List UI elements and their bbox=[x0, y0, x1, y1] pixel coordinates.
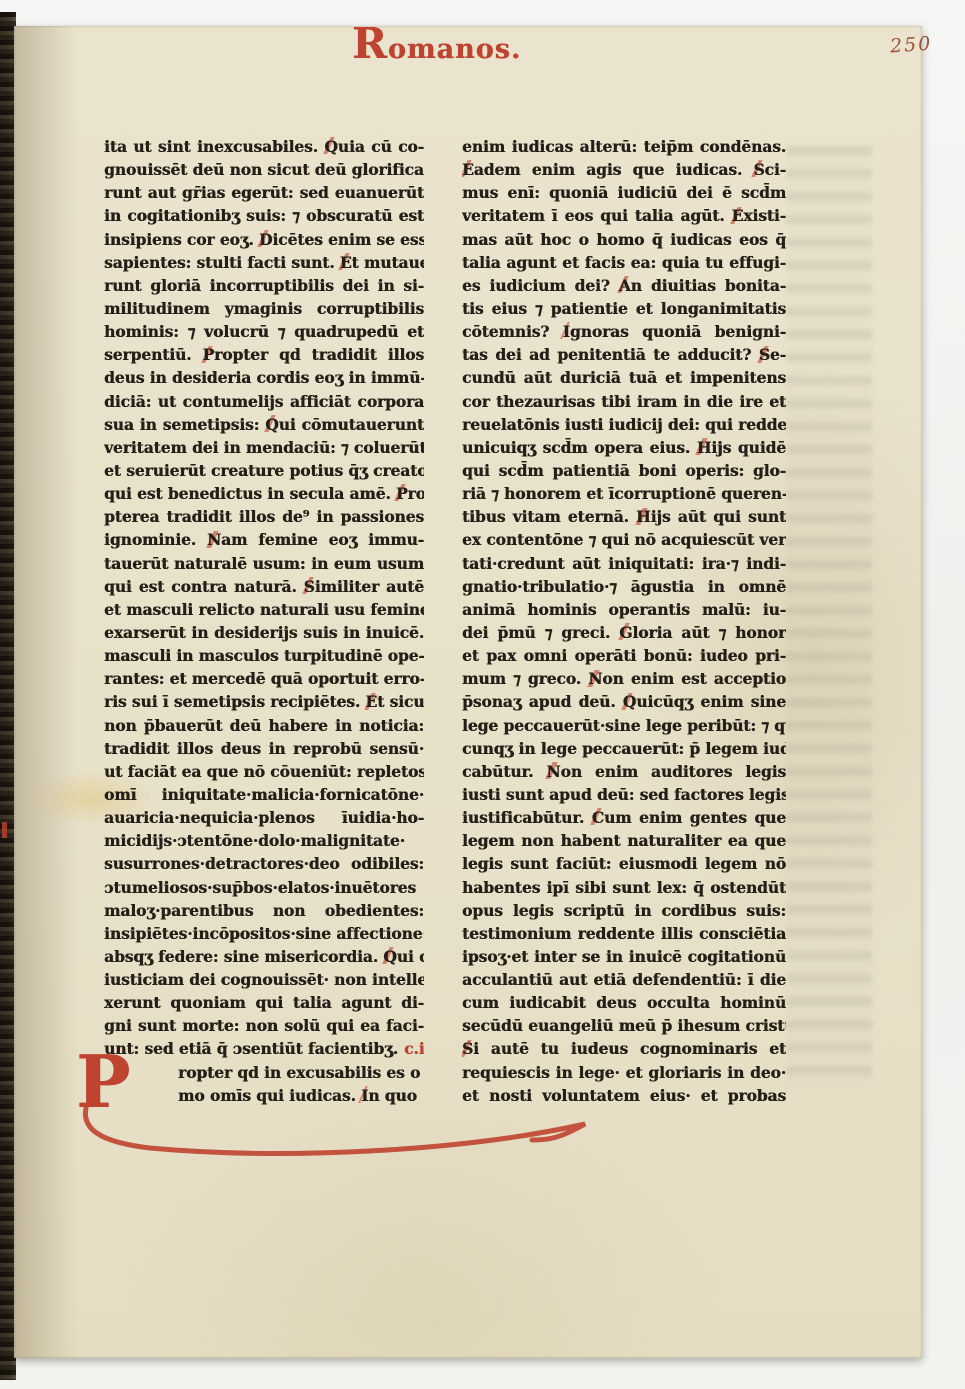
text-line: non p̄bauerūt deū habere in noticia: bbox=[104, 714, 424, 737]
parchment-page: Romanos. 250 ita ut sint inexcusabiles. … bbox=[14, 26, 922, 1358]
text-line: insipiens cor eoʒ. Dicētes enim se esse bbox=[104, 228, 424, 251]
text-line: ipsoʒ·et inter se in inuicē cogitationū bbox=[462, 945, 786, 968]
text-line: tis eius ⁊ patientie et longanimitatis bbox=[462, 297, 786, 320]
text-line: cor thezaurisas tibi iram in die ire et bbox=[462, 390, 786, 413]
text-line: omī iniquitate·malicia·fornicatōne· bbox=[104, 783, 424, 806]
text-line: pterea tradidit illos de⁹ in passiones bbox=[104, 505, 424, 528]
text-line: qui est benedictus in secula amē. Pro- bbox=[104, 482, 424, 505]
text-line: Si autē tu iudeus cognominaris et bbox=[462, 1037, 786, 1060]
manuscript-scan: Romanos. 250 ita ut sint inexcusabiles. … bbox=[0, 0, 965, 1389]
text-line: habentes ipī sibi sunt lex: q̄ ostendūt bbox=[462, 876, 786, 899]
text-line: sua in semetipsis: Qui cōmutauerunt bbox=[104, 413, 424, 436]
text-line: susurrones·detractores·deo odibiles: bbox=[104, 852, 424, 875]
text-line: opus legis scriptū in cordibus suis: bbox=[462, 899, 786, 922]
text-line: lege peccauerūt·sine lege peribūt: ⁊ qui… bbox=[462, 714, 786, 737]
text-line: acculantiū aut etiā defendentiū: ī die bbox=[462, 968, 786, 991]
text-line: legis sunt faciūt: eiusmodi legem nō bbox=[462, 852, 786, 875]
text-line: exarserūt in desiderijs suis in inuicē. bbox=[104, 621, 424, 644]
gutter-red-mark bbox=[2, 822, 7, 838]
text-line: ex contentōne ⁊ qui nō acquiescūt veri- bbox=[462, 528, 786, 551]
text-line: tradidit illos deus in reprobū sensū· bbox=[104, 737, 424, 760]
text-line: auaricia·nequicia·plenos īuidia·ho- bbox=[104, 806, 424, 829]
text-line: cundū aūt duriciā tuā et impenitens bbox=[462, 366, 786, 389]
text-line: tas dei ad penitentiā te adducit? Se- bbox=[462, 343, 786, 366]
text-line: tibus vitam eternā. Hijs aūt qui sunt bbox=[462, 505, 786, 528]
text-line: et pax omni operāti bonū: iudeo pri- bbox=[462, 644, 786, 667]
text-line: maloʒ·parentibus non obedientes: bbox=[104, 899, 424, 922]
text-line: iusti sunt apud deū: sed factores legis bbox=[462, 783, 786, 806]
text-line: masculi in masculos turpitudinē ope- bbox=[104, 644, 424, 667]
text-line: mas aūt hoc o homo q̄ iudicas eos q̄ bbox=[462, 228, 786, 251]
text-line: cōtemnis? Ignoras quoniā benigni- bbox=[462, 320, 786, 343]
text-line: unicuiqʒ scd̄m opera eius. Hijs quidē bbox=[462, 436, 786, 459]
text-line: xerunt quoniam qui talia agunt di- bbox=[104, 991, 424, 1014]
text-line: militudinem ymaginis corruptibilis bbox=[104, 297, 424, 320]
chapter-marker: c.ii. bbox=[398, 1039, 424, 1058]
text-line: unt: sed etiā q̄ ɔsentiūt facientibʒ.c.i… bbox=[104, 1037, 424, 1060]
text-line: runt aut gr̄ias egerūt: sed euanuerūt bbox=[104, 181, 424, 204]
text-line: requiescis in lege· et gloriaris in deo· bbox=[462, 1061, 786, 1084]
verso-bleed-through bbox=[786, 146, 872, 1086]
text-line: insipiētes·incōpositos·sine affectione· bbox=[104, 922, 424, 945]
text-column-left: ita ut sint inexcusabiles. Quia cū co-gn… bbox=[104, 135, 424, 1107]
text-line: sapientes: stulti facti sunt. Et mutaue- bbox=[104, 251, 424, 274]
text-column-right: enim iudicas alterū: teip̄m condēnas.Ead… bbox=[462, 135, 786, 1107]
text-line: riā ⁊ honorem et īcorruptionē queren- bbox=[462, 482, 786, 505]
text-line: reuelatōnis iusti iudicij dei: qui redde… bbox=[462, 413, 786, 436]
text-line: tauerūt naturalē usum: in eum usum bbox=[104, 552, 424, 575]
text-line: ris sui ī semetipsis recipiētes. Et sicu… bbox=[104, 690, 424, 713]
text-line: animā hominis operantis malū: iu- bbox=[462, 598, 786, 621]
text-line: gnatio·tribulatio·⁊ āgustia in omnē bbox=[462, 575, 786, 598]
text-line: ita ut sint inexcusabiles. Quia cū co- bbox=[104, 135, 424, 158]
text-line: enim iudicas alterū: teip̄m condēnas. bbox=[462, 135, 786, 158]
text-line: mum ⁊ greco. Non enim est acceptio bbox=[462, 667, 786, 690]
text-line: talia agunt et facis ea: quia tu effugi- bbox=[462, 251, 786, 274]
text-line: cabūtur. Non enim auditores legis bbox=[462, 760, 786, 783]
text-line: diciā: ut contumelijs afficiāt corpora bbox=[104, 390, 424, 413]
text-line: mus enī: quoniā iudiciū dei ē scd̄m bbox=[462, 181, 786, 204]
text-line: et seruierūt creature potius q̄ʒ creator… bbox=[104, 459, 424, 482]
text-line: ɔtumeliosos·sup̄bos·elatos·inuētores bbox=[104, 876, 424, 899]
text-line: deus in desideria cordis eoʒ in immū- bbox=[104, 366, 424, 389]
text-line: ut faciāt ea que nō cōueniūt: repletos bbox=[104, 760, 424, 783]
text-line: qui scd̄m patientiā boni operis: glo- bbox=[462, 459, 786, 482]
text-line: gni sunt morte: non solū qui ea faci- bbox=[104, 1014, 424, 1037]
text-line: dei p̄mū ⁊ greci. Gloria aūt ⁊ honor bbox=[462, 621, 786, 644]
text-line: secūdū euangeliū meū p̄ ihesum cristū. bbox=[462, 1014, 786, 1037]
text-line: micidijs·ɔtentōne·dolo·malignitate· bbox=[104, 829, 424, 852]
folio-number: 250 bbox=[889, 33, 933, 58]
text-line: Eadem enim agis que iudicas. Sci- bbox=[462, 158, 786, 181]
text-line: et masculi relicto naturali usu femine bbox=[104, 598, 424, 621]
text-line: ropter qd in excusabilis es o ho- bbox=[104, 1061, 424, 1084]
text-line: tati·credunt aūt iniquitati: ira·⁊ indi- bbox=[462, 552, 786, 575]
text-line: ignominie. Nam femine eoʒ immu- bbox=[104, 528, 424, 551]
text-line: iustificabūtur. Cum enim gentes que bbox=[462, 806, 786, 829]
drop-cap-flourish-icon bbox=[80, 1102, 600, 1162]
text-line: hominis: ⁊ volucrū ⁊ quadrupedū et bbox=[104, 320, 424, 343]
text-line: legem non habent naturaliter ea que bbox=[462, 829, 786, 852]
text-line: iusticiam dei cognouissēt· non intelle- bbox=[104, 968, 424, 991]
text-line: p̄sonaʒ apud deū. Quicūqʒ enim sine bbox=[462, 690, 786, 713]
text-line: es iudicium dei? An diuitias bonita- bbox=[462, 274, 786, 297]
text-line: gnouissēt deū non sicut deū glorifica- bbox=[104, 158, 424, 181]
text-line: veritatem ī eos qui talia agūt. Existi- bbox=[462, 204, 786, 227]
text-line: rantes: et mercedē quā oportuit erro- bbox=[104, 667, 424, 690]
text-line: testimonium reddente illis consciētia bbox=[462, 922, 786, 945]
running-title: Romanos. bbox=[352, 34, 521, 65]
text-line: cunqʒ in lege peccauerūt: p̄ legem iudi- bbox=[462, 737, 786, 760]
text-line: cum iudicabit deus occulta hominū bbox=[462, 991, 786, 1014]
text-line: runt gloriā incorruptibilis dei in si- bbox=[104, 274, 424, 297]
text-line: serpentiū. Propter qd tradidit illos bbox=[104, 343, 424, 366]
text-line: qui est contra naturā. Similiter autē bbox=[104, 575, 424, 598]
text-line: absqʒ federe: sine misericordia. Qui cū bbox=[104, 945, 424, 968]
text-line: in cogitationibʒ suis: ⁊ obscuratū est bbox=[104, 204, 424, 227]
text-line: veritatem dei in mendaciū: ⁊ coluerūt bbox=[104, 436, 424, 459]
